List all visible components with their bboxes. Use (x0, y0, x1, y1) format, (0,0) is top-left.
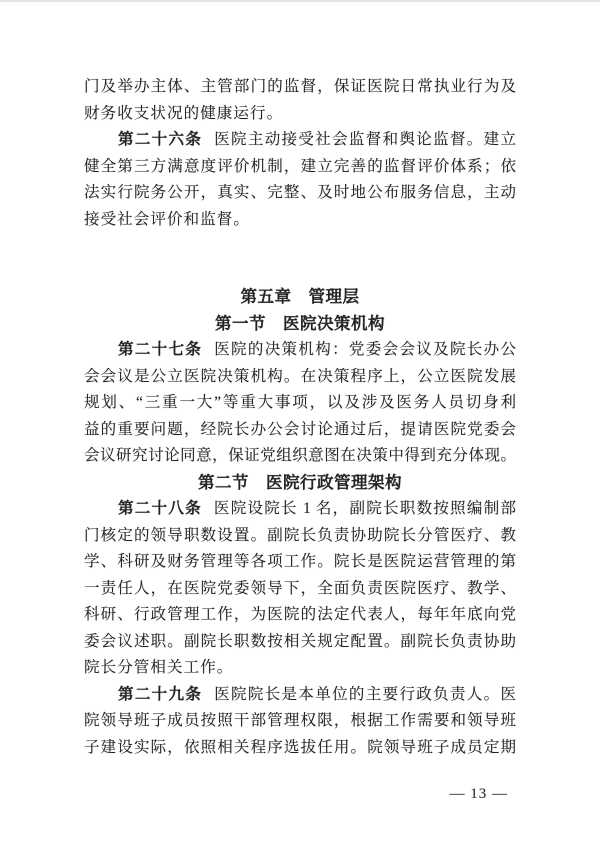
body-text-line: 规划、“三重一大”等重大事项，以及涉及医务人员切身利 (84, 390, 516, 417)
body-text-line: 会会议是公立医院决策机构。在决策程序上，公立医院发展 (84, 364, 516, 391)
article-27-number: 第二十七条 (118, 341, 202, 358)
section-2-heading: 第二节 医院行政管理架构 (84, 470, 516, 497)
chapter-heading: 第五章 管理层 (84, 284, 516, 311)
body-text: 医院院长是本单位的主要行政负责人。医 (214, 686, 516, 703)
document-page: 门及举办主体、主管部门的监督，保证医院日常执业行为及 财务收支状况的健康运行。 … (0, 0, 600, 849)
body-text: 医院的决策机构：党委会会议及院长办公 (214, 341, 516, 358)
body-text-line: 学、科研及财务管理等各项工作。院长是医院运营管理的第 (84, 549, 516, 576)
body-text-line: 法实行院务公开，真实、完整、及时地公布服务信息，主动 (84, 180, 516, 207)
section-1-heading: 第一节 医院决策机构 (84, 311, 516, 338)
page-number: — 13 — (450, 786, 509, 803)
body-text-line: 院长分管相关工作。 (84, 655, 516, 682)
body-text-line: 接受社会评价和监督。 (84, 207, 516, 234)
body-text-line: 健全第三方满意度评价机制，建立完善的监督评价体系；依 (84, 154, 516, 181)
body-text: 医院主动接受社会监督和舆论监督。建立 (214, 131, 516, 148)
body-text-line: 财务收支状况的健康运行。 (84, 101, 516, 128)
article-29-number: 第二十九条 (118, 686, 202, 703)
body-text: 医院设院长 1 名，副院长职数按照编制部 (214, 500, 516, 517)
page-content: 门及举办主体、主管部门的监督，保证医院日常执业行为及 财务收支状况的健康运行。 … (84, 74, 516, 761)
body-text-line: 第二十七条医院的决策机构：党委会会议及院长办公 (84, 337, 516, 364)
body-text-line: 子建设实际，依照相关程序选拔任用。院领导班子成员定期 (84, 735, 516, 762)
body-text-line: 会议研究讨论同意，保证党组织意图在决策中得到充分体现。 (84, 443, 516, 470)
article-26-number: 第二十六条 (118, 131, 202, 148)
body-text-line: 第二十九条医院院长是本单位的主要行政负责人。医 (84, 682, 516, 709)
body-text-line: 一责任人，在医院党委领导下，全面负责医院医疗、教学、 (84, 576, 516, 603)
body-text-line: 院领导班子成员按照干部管理权限，根据工作需要和领导班 (84, 708, 516, 735)
body-text-line: 委会议述职。副院长职数按相关规定配置。副院长负责协助 (84, 629, 516, 656)
body-text-line: 第二十八条医院设院长 1 名，副院长职数按照编制部 (84, 496, 516, 523)
article-28-number: 第二十八条 (118, 500, 202, 517)
body-text-line: 科研、行政管理工作，为医院的法定代表人，每年年底向党 (84, 602, 516, 629)
body-text-line: 第二十六条医院主动接受社会监督和舆论监督。建立 (84, 127, 516, 154)
body-text-line: 益的重要问题，经院长办公会讨论通过后，提请医院党委会 (84, 417, 516, 444)
body-text-line: 门及举办主体、主管部门的监督，保证医院日常执业行为及 (84, 74, 516, 101)
body-text-line: 门核定的领导职数设置。副院长负责协助院长分管医疗、教 (84, 523, 516, 550)
